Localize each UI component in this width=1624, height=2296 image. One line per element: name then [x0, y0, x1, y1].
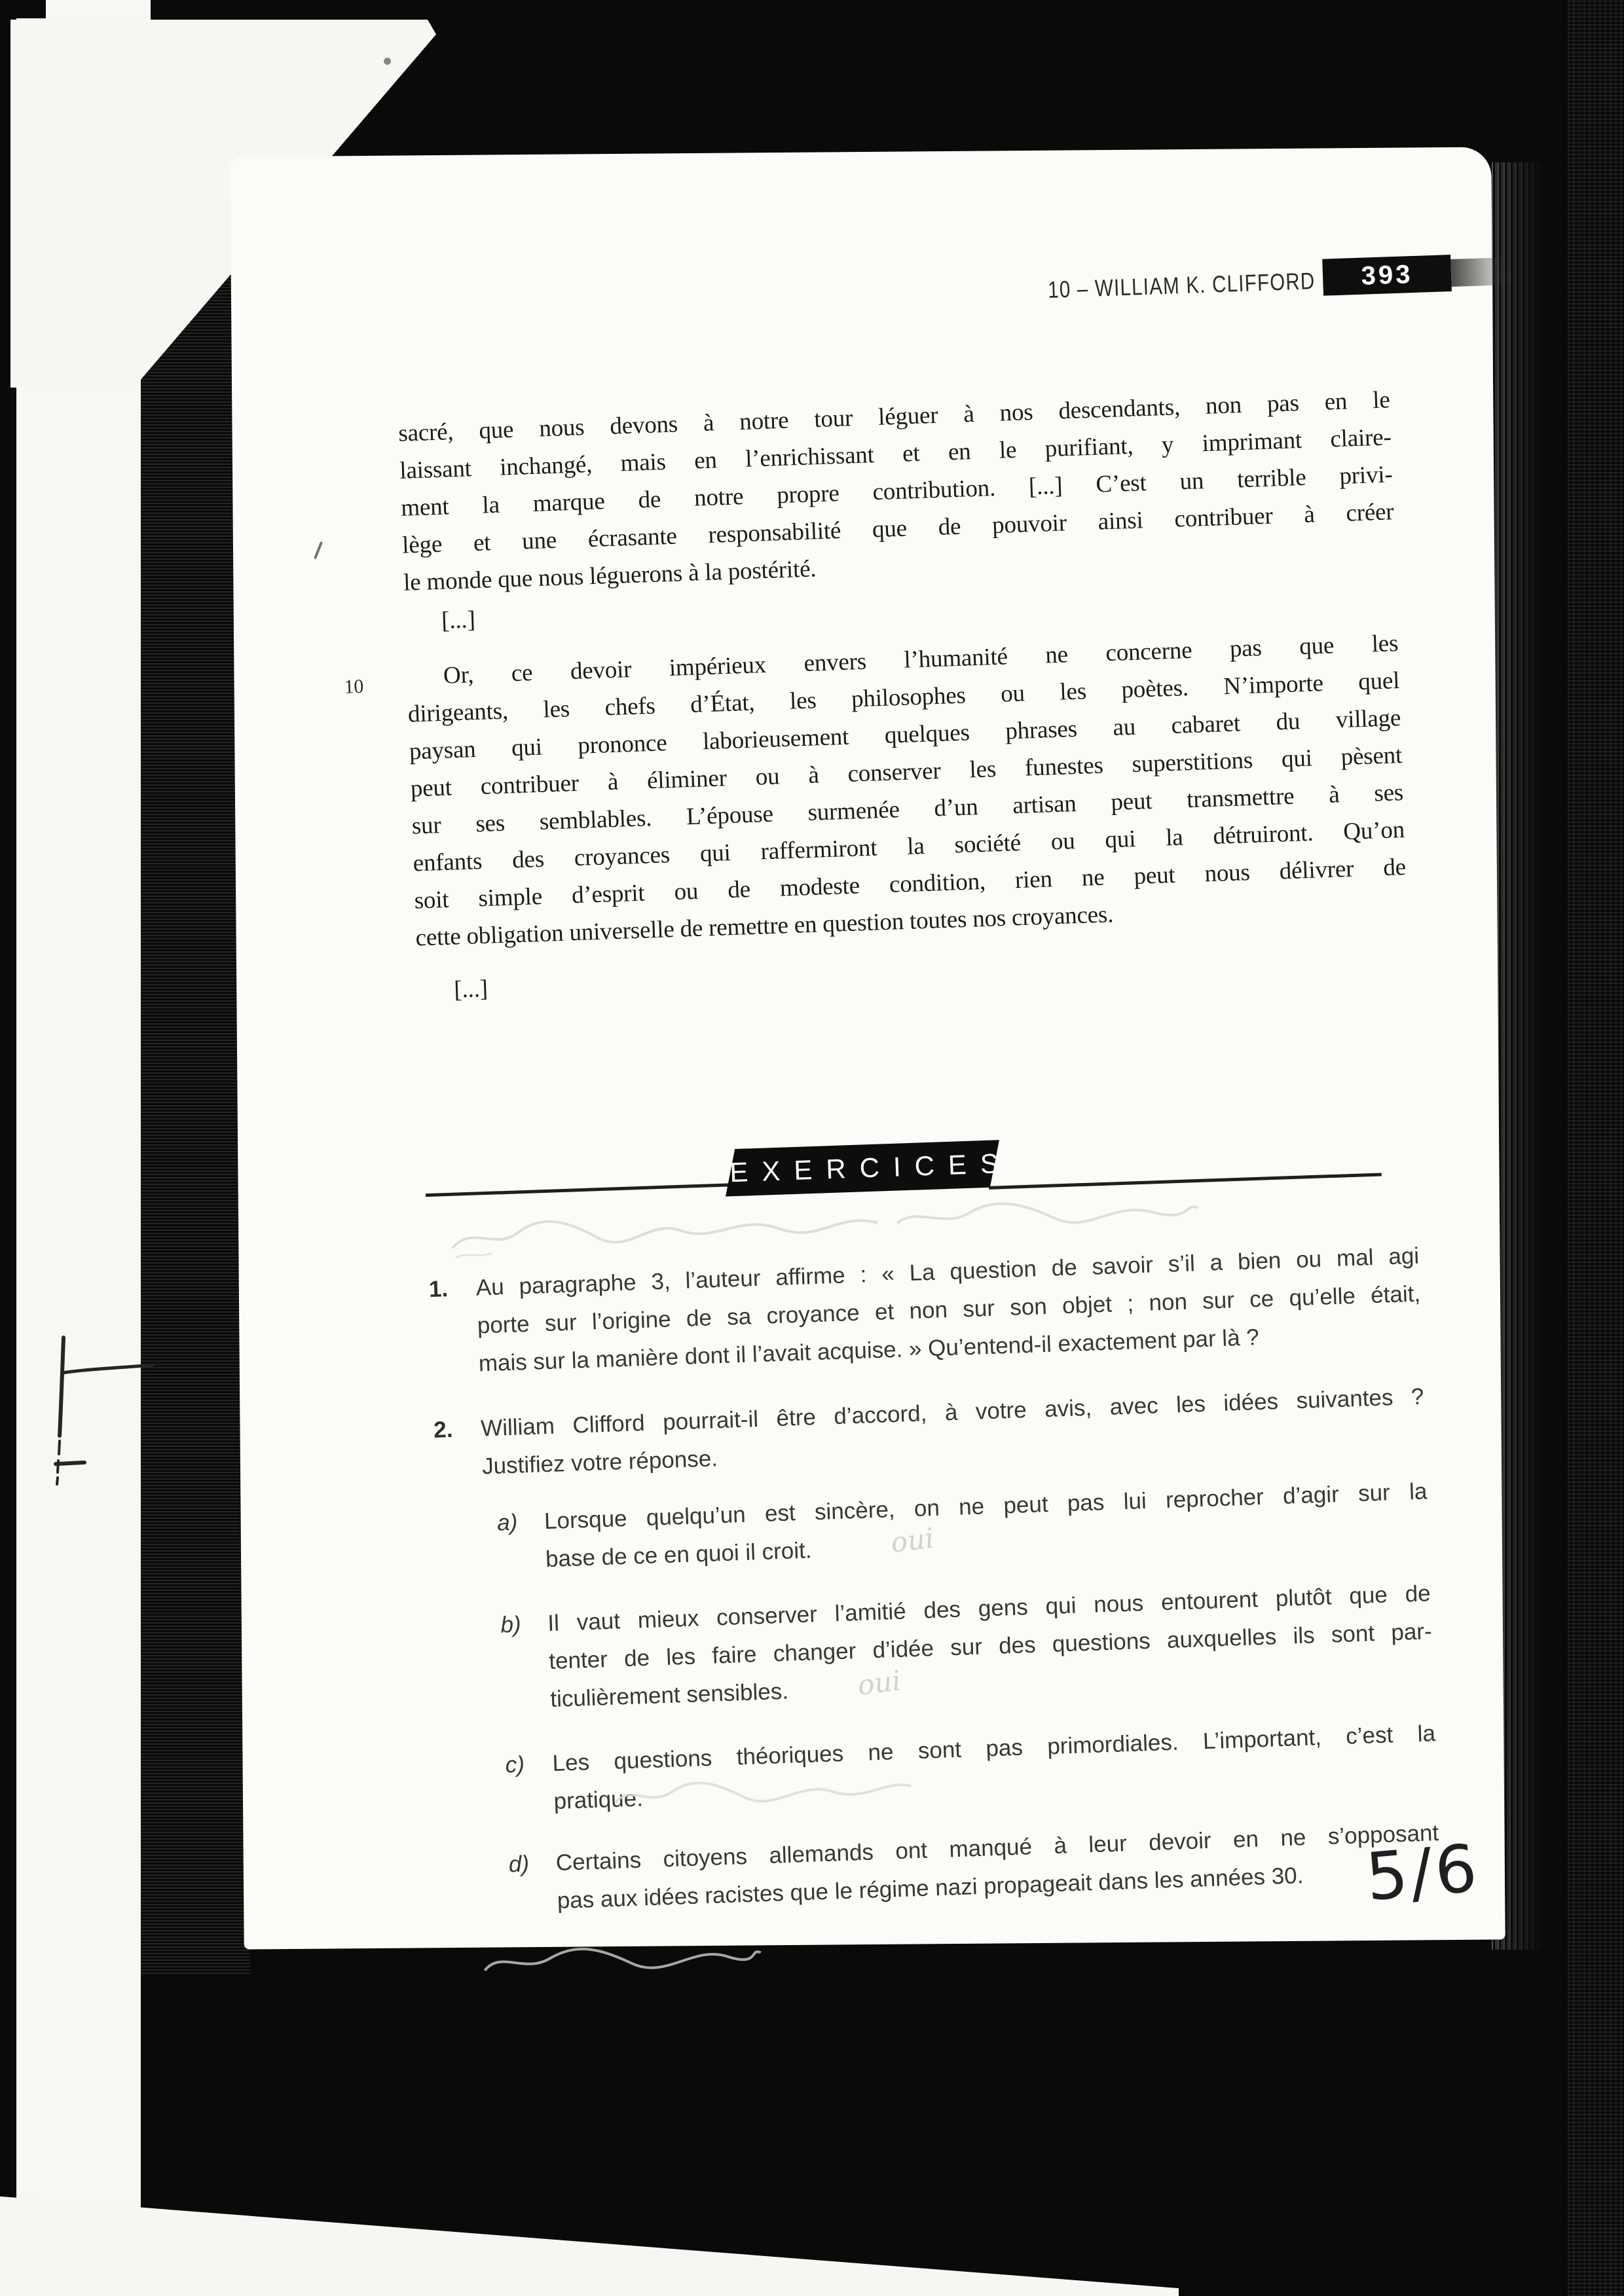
subitem-letter: c) [505, 1746, 525, 1785]
subitem-letter: a) [496, 1504, 518, 1542]
body-paragraph-1: sacré, que nous devons à notre tour légu… [397, 381, 1395, 601]
exercise-subitem-c: c) Les questions théoriques ne sont pas … [443, 1715, 1437, 1824]
page-content: 10 – WILLIAM K. CLIFFORD 393 sacré, que … [393, 232, 1442, 1960]
margin-slash-mark [314, 541, 323, 560]
chapter-header: 10 – WILLIAM K. CLIFFORD [1047, 267, 1316, 304]
page-number-badge: 393 [1322, 255, 1452, 296]
margin-paragraph-number: 10 [344, 668, 365, 706]
dust-speck [384, 58, 391, 65]
exercise-item-1: 1. Au paragraphe 3, l’auteur affirme : «… [427, 1237, 1422, 1385]
paragraph-lines: Or, ce devoir impérieux envers l’humanit… [406, 625, 1408, 957]
banner-rule-right [989, 1173, 1382, 1189]
book-page: 10 – WILLIAM K. CLIFFORD 393 sacré, que … [230, 147, 1505, 1949]
exercises-banner: EXERCICES [423, 1114, 1417, 1220]
bottom-scanner-wedge [0, 2185, 1179, 2296]
exercise-text: Au paragraphe 3, l’auteur affirme : « La… [475, 1237, 1422, 1383]
banner-title: EXERCICES [726, 1148, 1013, 1189]
scanner-top-gap [46, 0, 151, 22]
exercise-item-2: 2. William Clifford pourrait-il être d’a… [432, 1377, 1426, 1487]
exercise-subitem-d: d) Certains citoyens allemands ont manqu… [447, 1814, 1441, 1923]
handwritten-oui: oui [856, 1664, 902, 1702]
subitem-text: Lorsque quelqu’un est sincère, on ne peu… [544, 1472, 1429, 1578]
handwritten-grade: 5/6 [1363, 1830, 1482, 1916]
subitem-letter: b) [500, 1606, 521, 1645]
exercise-subitem-b: b) Il vaut mieux conserver l’amitié des … [439, 1575, 1434, 1722]
page-number: 393 [1361, 260, 1413, 291]
subitem-text: Les questions théoriques ne sont pas pri… [552, 1715, 1437, 1821]
scanned-photocopy: { "scan": { "header": { "title": "10 – W… [0, 0, 1624, 2296]
subitem-text: Certains citoyens allemands ont manqué à… [555, 1814, 1441, 1920]
subitem-letter: d) [508, 1845, 530, 1884]
scanner-edge-speckle [1568, 0, 1624, 2296]
page-header: 10 – WILLIAM K. CLIFFORD 393 [394, 261, 1386, 334]
pencil-scribble [477, 1931, 767, 1988]
handwritten-oui: oui [889, 1522, 936, 1559]
exercise-number: 1. [428, 1270, 449, 1309]
exercise-text: William Clifford pourrait-il être d’acco… [480, 1377, 1426, 1485]
body-paragraph-2: 10 Or, ce devoir impérieux envers l’huma… [406, 625, 1408, 957]
subitem-text: Il vaut mieux conserver l’amitié des gen… [547, 1575, 1433, 1719]
banner-box: EXERCICES [726, 1140, 999, 1196]
exercise-number: 2. [433, 1411, 453, 1449]
